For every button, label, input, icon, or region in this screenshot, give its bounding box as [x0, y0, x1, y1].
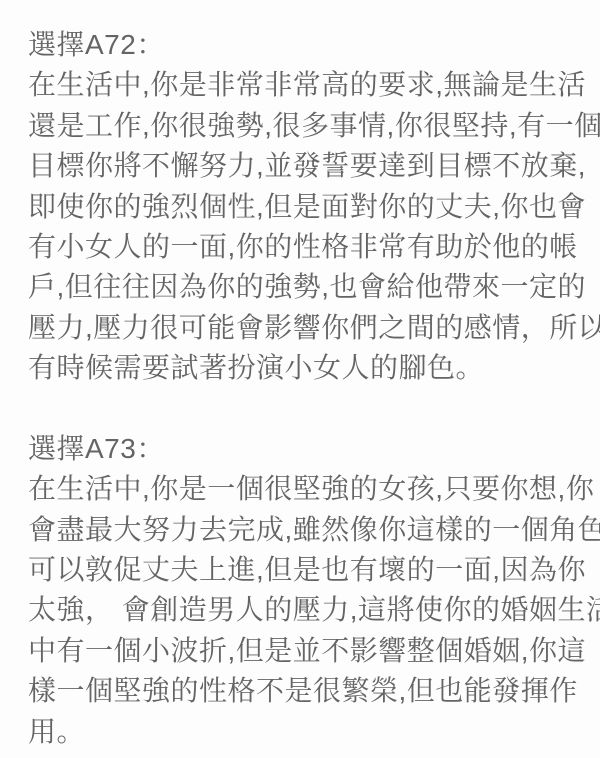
text-line: 中有一個小波折,但是並不影響整個婚姻,你這	[28, 631, 586, 671]
text-line: 在生活中,你是非常非常高的要求,無論是生活	[28, 65, 586, 105]
text-line: 目標你將不懈努力,並發誓要達到目標不放棄,	[28, 146, 586, 186]
text-document: 選擇A72： 在生活中,你是非常非常高的要求,無論是生活 還是工作,你很強勢,很…	[0, 0, 600, 752]
paragraph-spacer	[28, 389, 586, 429]
section-a72-title: 選擇A72：	[28, 25, 586, 65]
section-a73: 選擇A73： 在生活中,你是一個很堅強的女孩,只要你想,你 會盡最大努力去完成,…	[28, 429, 586, 752]
text-line: 會盡最大努力去完成,雖然像你這樣的一個角色	[28, 510, 586, 550]
text-line: 壓力,壓力很可能會影響你們之間的感情，所以	[28, 308, 586, 348]
text-line: 在生活中,你是一個很堅強的女孩,只要你想,你	[28, 469, 586, 509]
text-line: 有時候需要試著扮演小女人的腳色。	[28, 348, 586, 388]
section-a73-title: 選擇A73：	[28, 429, 586, 469]
text-line: 樣一個堅強的性格不是很繁榮,但也能發揮作	[28, 671, 586, 711]
text-line: 太強， 會創造男人的壓力,這將使你的婚姻生活	[28, 590, 586, 630]
section-a72: 選擇A72： 在生活中,你是非常非常高的要求,無論是生活 還是工作,你很強勢,很…	[28, 25, 586, 389]
text-line: 可以敦促丈夫上進,但是也有壞的一面,因為你	[28, 550, 586, 590]
text-line: 戶,但往往因為你的強勢,也會給他帶來一定的	[28, 267, 586, 307]
text-line: 用。	[28, 712, 586, 752]
text-line: 即使你的強烈個性,但是面對你的丈夫,你也會	[28, 187, 586, 227]
text-line: 還是工作,你很強勢,很多事情,你很堅持,有一個	[28, 106, 586, 146]
text-line: 有小女人的一面,你的性格非常有助於他的帳	[28, 227, 586, 267]
